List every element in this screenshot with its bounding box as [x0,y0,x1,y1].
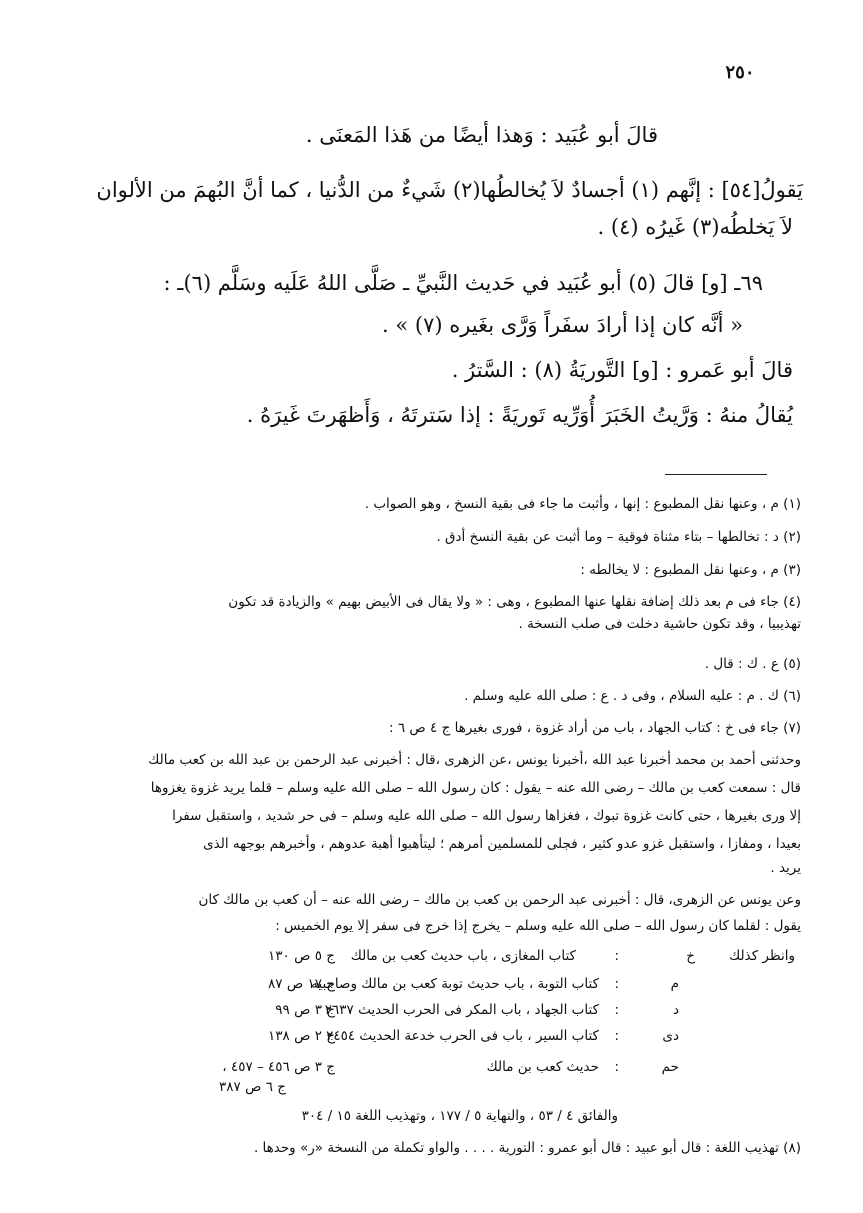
reference-row: د : كتاب الجهاد ، باب المكر فى الحرب الح… [0,1000,863,1020]
hadith-2-line-2: يقول : لقلما كان رسول الله – صلى الله عل… [275,916,801,936]
reference-row: م : كتاب التوبة ، باب حديث توبة كعب بن م… [0,974,863,994]
footnote-6: (٦) ك . م : عليه السلام ، وفى د . ع : صل… [464,686,801,706]
reference-separator: : [614,946,619,966]
footnote-1: (١) م ، وعنها نقل المطبوع : إنها ، وأثبت… [365,494,801,514]
hadith-1-line-4: بعيدا ، ومفازا ، واستقبل غزو عدو كثير ، … [101,834,801,854]
reference-title: كتاب التوبة ، باب حديث توبة كعب بن مالك … [311,974,599,994]
footnote-7: (٧) جاء فى خ : كتاب الجهاد ، باب من أراد… [389,718,801,738]
main-text-line-6: قالَ أبو عَمرو : [و] التَّوريَةُ (٨) : ا… [452,355,793,385]
reference-location: ج ٦ ص ٣٨٧ [219,1077,286,1097]
reference-title: حديث كعب بن مالك [487,1057,599,1077]
main-text-line-7: يُقالُ منهُ : وَرَّيتُ الخَبَرَ أُوَرِّي… [247,400,793,430]
reference-separator: : [614,1026,619,1046]
main-text-line-3: لاَ يَخلطُه(٣) غَيرُه (٤) . [598,212,793,242]
reference-source: خ [686,946,695,966]
additional-references: والفائق ٤ / ٥٣ ، والنهاية ٥ / ١٧٧ ، وتهذ… [302,1106,618,1126]
reference-source: م [671,974,679,994]
reference-location: ج ٥ ص ١٣٠ [268,946,335,966]
footnote-4-line-1: (٤) جاء فى م بعد ذلك إضافة نقلها عنها ال… [101,592,801,612]
page-number: ٢٥٠ [715,62,765,83]
reference-location: ج ٣ ص ٤٥٦ – ٤٥٧ ، [222,1057,335,1077]
reference-title: كتاب الجهاد ، باب المكر فى الحرب الحديث … [325,1000,599,1020]
hadith-1-line-1: وحدثنى أحمد بن محمد أخبرنا عبد الله ،أخب… [101,750,801,770]
footnote-8: (٨) تهذيب اللغة : قال أبو عبيد : قال أبو… [254,1138,801,1158]
reference-row: وانظر كذلك خ : كتاب المغازى ، باب حديث ك… [0,946,863,966]
reference-source: دى [662,1026,679,1046]
reference-separator: : [614,974,619,994]
hadith-1-line-5: يريد . [770,858,801,878]
footnote-2: (٢) د : تخالطها – بتاء مثناة فوقية – وما… [436,527,801,547]
reference-title: كتاب السير ، باب فى الحرب خدعة الحديث ٢٤… [326,1026,599,1046]
reference-location: ج ٣ ص ٩٩ [275,1000,335,1020]
reference-location: ج ٢ ص ١٣٨ [268,1026,335,1046]
main-text-line-1: قالَ أبو عُبَيد : وَهذا أيضًا من هَذا ال… [306,120,658,150]
reference-separator: : [614,1000,619,1020]
footnote-3: (٣) م ، وعنها نقل المطبوع : لا يخالطه : [580,560,801,580]
reference-source: د [673,1000,679,1020]
footnote-4-line-2: تهذيبيا ، وقد تكون حاشية دخلت فى صلب الن… [518,614,801,634]
see-also-label: وانظر كذلك [729,946,795,966]
hadith-1-line-2: قال : سمعت كعب بن مالك – رضى الله عنه – … [101,778,801,798]
main-text-line-2: يَقولُ[٥٤] : إنَّهم (١) أجسادٌ لاَ يُخال… [105,175,803,205]
hadith-1-line-3: إلا ورى بغيرها ، حتى كانت غزوة تبوك ، فغ… [101,806,801,826]
reference-separator: : [614,1057,619,1077]
main-text-line-4: ٦٩ـ [و] قالَ (٥) أبو عُبَيد في حَديث الن… [164,268,763,298]
reference-location: ج ١٧ ص ٨٧ [268,974,335,994]
footnote-5: (٥) ع . ك : قال . [705,654,801,674]
scanned-page: ٢٥٠ قالَ أبو عُبَيد : وَهذا أيضًا من هَذ… [0,0,863,1213]
reference-source: حم [662,1057,679,1077]
reference-row-continuation: ج ٦ ص ٣٨٧ [0,1077,863,1097]
reference-row: حم : حديث كعب بن مالك ج ٣ ص ٤٥٦ – ٤٥٧ ، [0,1057,863,1077]
reference-row: دى : كتاب السير ، باب فى الحرب خدعة الحد… [0,1026,863,1046]
footnote-separator [665,474,767,475]
reference-title: كتاب المغازى ، باب حديث كعب بن مالك [351,946,576,966]
main-text-line-5: « أنَّه كان إذا أرادَ سفَراً وَرَّى بغَي… [382,310,743,340]
hadith-2-line-1: وعن يونس عن الزهرى، قال : أخبرنى عبد الر… [101,890,801,910]
